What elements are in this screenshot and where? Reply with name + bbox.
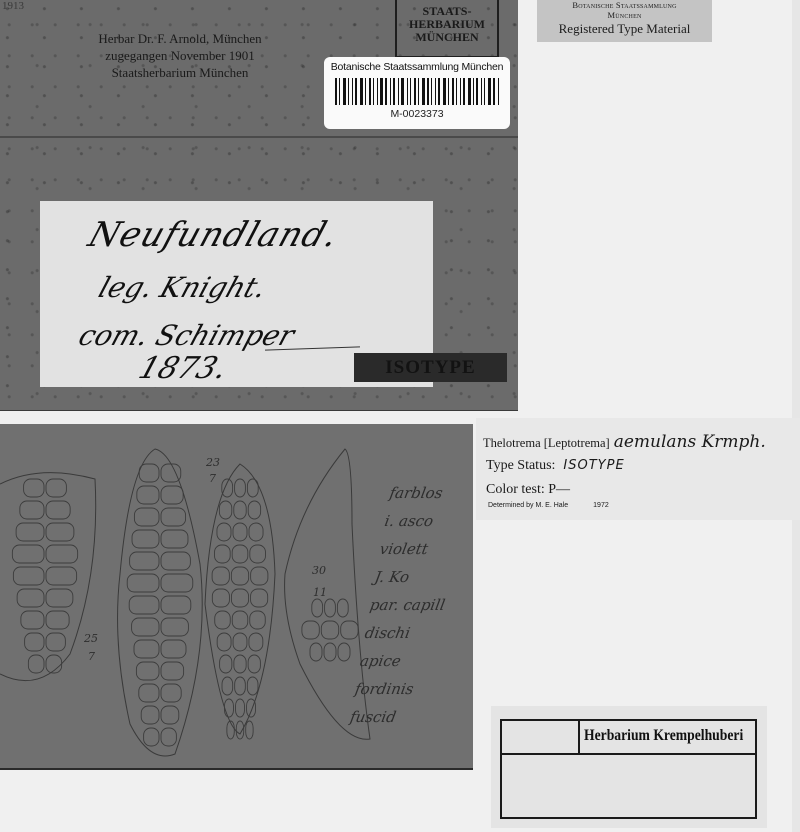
folder-crease [0, 136, 518, 138]
collector-text: leg. Knight. [95, 271, 271, 304]
isotype-band: ISOTYPE [354, 353, 507, 382]
krempelhuber-label: Herbarium Krempelhuberi [491, 706, 767, 828]
taxon-printed: Thelotrema [Leptotrema] [483, 436, 610, 450]
type-status-value: ISOTYPE [563, 458, 624, 473]
herbar-line-2: zugegangen November 1901 [60, 47, 300, 64]
color-test-label: Color test: [486, 482, 545, 497]
note-line: violett [377, 535, 477, 563]
note-line: fordinis [353, 675, 453, 703]
note-line: par. capill [368, 591, 468, 619]
measure-23-7: 23 [205, 456, 220, 469]
year-text: 1873. [134, 351, 231, 386]
locality-text: Neufundland. [84, 215, 345, 255]
registered-text: Registered Type Material [537, 21, 712, 36]
type-status-label: Type Status: [486, 458, 555, 473]
determiner-line: Determined by M. E. Hale1972 [488, 502, 609, 509]
barcode-icon [335, 78, 499, 105]
measure-30-11-den: 11 [313, 586, 327, 599]
label-frame: Herbarium Krempelhuberi [500, 719, 757, 819]
measure-25-7: 25 [83, 632, 98, 645]
determination-label: Thelotrema [Leptotrema]aemulans Krmph. T… [476, 418, 800, 520]
color-test-value: P— [548, 482, 570, 497]
barcode-institution: Botanische Staatssammlung München [324, 61, 510, 73]
note-line: J. Ko [372, 563, 472, 591]
registered-institution: Botanische Staatssammlung München [537, 0, 712, 20]
note-line: apice [358, 647, 458, 675]
herbarium-title: Herbarium Krempelhuberi [584, 727, 743, 745]
type-status-line: Type Status:ISOTYPE [486, 458, 625, 474]
background-paper [792, 0, 800, 832]
ascus-drawing-sheet: 23 7 25 7 30 11 farblosi. ascoviolettJ. … [0, 424, 473, 770]
registered-type-label: Botanische Staatssammlung München Regist… [537, 0, 712, 42]
herbar-stamp: Herbar Dr. F. Arnold, München zugegangen… [60, 30, 300, 81]
note-line: fuscid [348, 703, 448, 731]
measure-30-11: 30 [312, 564, 326, 577]
barcode-number: M-0023373 [324, 108, 510, 120]
herbar-line-3: Staatsherbarium München [60, 64, 300, 81]
staatsherbarium-stamp: STAATS- HERBARIUM MÜNCHEN [395, 0, 499, 58]
institution-line-2: München [537, 10, 712, 20]
taxon-line: Thelotrema [Leptotrema]aemulans Krmph. [483, 432, 766, 452]
determined-by: Determined by M. E. Hale [488, 502, 568, 509]
communicated-text: com. Schimper [75, 319, 299, 352]
stamp-line-3: MÜNCHEN [397, 31, 497, 44]
herbar-line-1: Herbar Dr. F. Arnold, München [60, 30, 300, 47]
label-header-row: Herbarium Krempelhuberi [502, 721, 755, 755]
note-line: dischi [363, 619, 463, 647]
determination-year: 1972 [593, 502, 609, 509]
specimen-folder: 1913 Herbar Dr. F. Arnold, München zugeg… [0, 0, 518, 411]
taxon-handwritten: aemulans Krmph. [614, 432, 766, 452]
corner-mark: 1913 [2, 0, 24, 12]
barcode-label: Botanische Staatssammlung München M-0023… [324, 57, 510, 129]
measure-25-7-den: 7 [88, 650, 95, 663]
note-line: farblos [387, 479, 487, 507]
label-divider [578, 721, 580, 753]
measure-23-7-den: 7 [209, 472, 216, 485]
color-test-line: Color test: P— [486, 482, 570, 498]
institution-line-1: Botanische Staatssammlung [537, 0, 712, 10]
note-line: i. asco [382, 507, 482, 535]
